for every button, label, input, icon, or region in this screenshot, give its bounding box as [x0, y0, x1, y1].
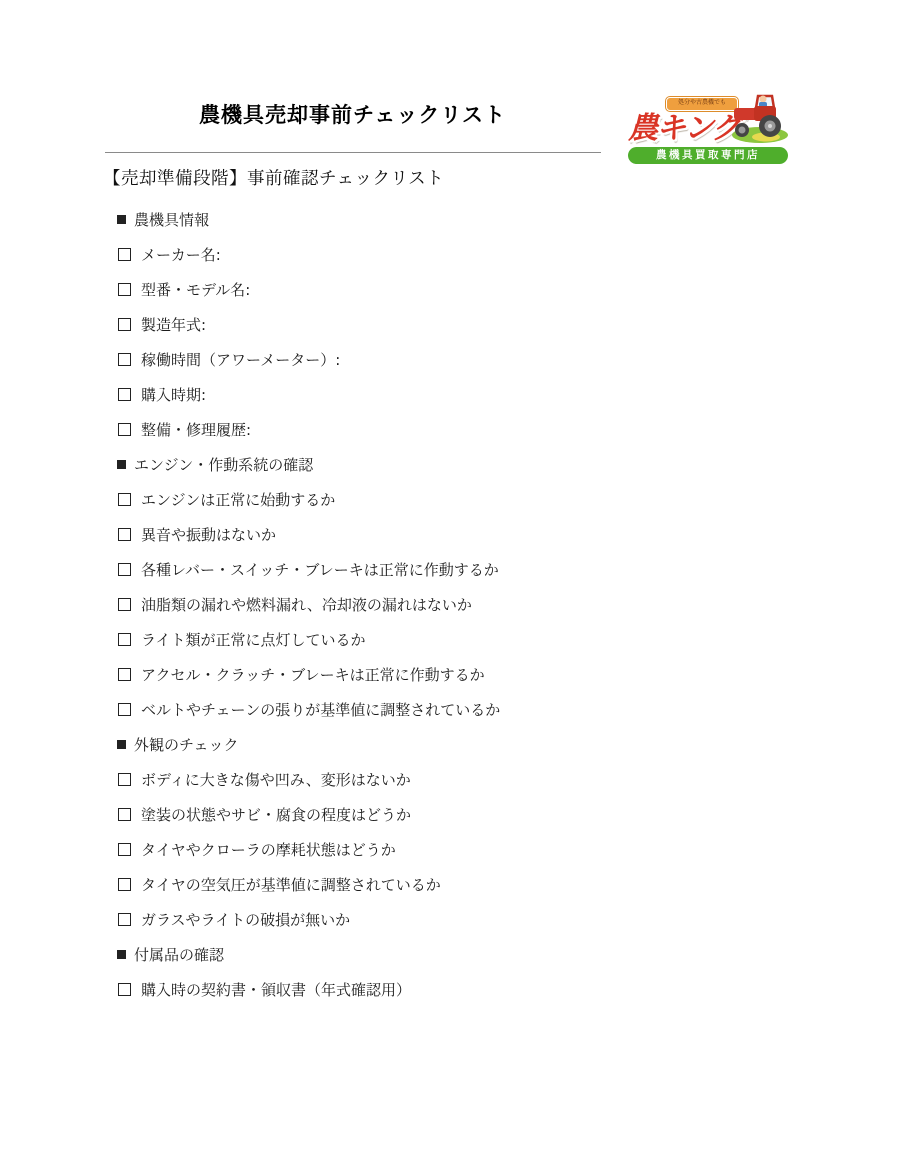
- logo-brand-text: 農キング: [628, 103, 739, 147]
- checklist-item-label: 各種レバー・スイッチ・ブレーキは正常に作動するか: [141, 559, 499, 580]
- checkbox-icon: [118, 528, 131, 541]
- checklist-item: 稼働時間（アワーメーター）:: [117, 352, 677, 367]
- checklist-item-label: ライト類が正常に点灯しているか: [141, 629, 366, 650]
- checklist-item: 型番・モデル名:: [117, 282, 677, 297]
- checkbox-icon: [118, 773, 131, 786]
- section-heading: 付属品の確認: [117, 947, 677, 962]
- checkbox-icon: [118, 388, 131, 401]
- checklist-item: ボディに大きな傷や凹み、変形はないか: [117, 772, 677, 787]
- checklist-section: 外観のチェックボディに大きな傷や凹み、変形はないか塗装の状態やサビ・腐食の程度は…: [117, 737, 677, 927]
- checklist-item-label: 稼働時間（アワーメーター）:: [141, 349, 340, 370]
- checklist-item-label: タイヤの空気圧が基準値に調整されているか: [141, 874, 441, 895]
- checklist-item-label: アクセル・クラッチ・ブレーキは正常に作動するか: [141, 664, 485, 685]
- checklist-item-label: ガラスやライトの破損が無いか: [141, 909, 350, 930]
- title-divider: [105, 152, 601, 153]
- checklist-item: メーカー名:: [117, 247, 677, 262]
- checkbox-icon: [118, 353, 131, 366]
- checklist-item-label: 油脂類の漏れや燃料漏れ、冷却液の漏れはないか: [141, 594, 472, 615]
- checkbox-icon: [118, 703, 131, 716]
- checklist-item: 油脂類の漏れや燃料漏れ、冷却液の漏れはないか: [117, 597, 677, 612]
- checkbox-icon: [118, 318, 131, 331]
- section-heading: 農機具情報: [117, 212, 677, 227]
- checklist-item: ガラスやライトの破損が無いか: [117, 912, 677, 927]
- checklist-item: 購入時の契約書・領収書（年式確認用）: [117, 982, 677, 997]
- checkbox-icon: [118, 983, 131, 996]
- checklist-item-label: 塗装の状態やサビ・腐食の程度はどうか: [141, 804, 411, 825]
- checklist-item: 各種レバー・スイッチ・ブレーキは正常に作動するか: [117, 562, 677, 577]
- section-bullet-icon: [117, 215, 126, 224]
- checklist-item: タイヤの空気圧が基準値に調整されているか: [117, 877, 677, 892]
- tractor-icon: [730, 90, 790, 148]
- checklist: 農機具情報メーカー名:型番・モデル名:製造年式:稼働時間（アワーメーター）:購入…: [117, 212, 677, 1017]
- checklist-section: 付属品の確認購入時の契約書・領収書（年式確認用）: [117, 947, 677, 997]
- checklist-item: ライト類が正常に点灯しているか: [117, 632, 677, 647]
- checklist-item: タイヤやクローラの摩耗状態はどうか: [117, 842, 677, 857]
- company-logo: 処分や古農機でも 農キング 農機具買取専門店: [628, 90, 790, 164]
- section-title: エンジン・作動系統の確認: [134, 454, 313, 475]
- checklist-item-label: 製造年式:: [141, 314, 206, 335]
- checklist-item-label: エンジンは正常に始動するか: [141, 489, 335, 510]
- checklist-item-label: ベルトやチェーンの張りが基準値に調整されているか: [141, 699, 500, 720]
- checklist-item-label: 型番・モデル名:: [141, 279, 250, 300]
- checkbox-icon: [118, 913, 131, 926]
- checklist-item: アクセル・クラッチ・ブレーキは正常に作動するか: [117, 667, 677, 682]
- checkbox-icon: [118, 493, 131, 506]
- checklist-item-label: 購入時期:: [141, 384, 206, 405]
- checkbox-icon: [118, 563, 131, 576]
- checklist-item-label: タイヤやクローラの摩耗状態はどうか: [141, 839, 396, 860]
- checklist-item-label: 異音や振動はないか: [141, 524, 276, 545]
- checkbox-icon: [118, 633, 131, 646]
- section-title: 付属品の確認: [134, 944, 224, 965]
- section-bullet-icon: [117, 740, 126, 749]
- checkbox-icon: [118, 668, 131, 681]
- checkbox-icon: [118, 878, 131, 891]
- checkbox-icon: [118, 808, 131, 821]
- logo-badge-text: 農機具買取専門店: [628, 147, 788, 164]
- checklist-item: 異音や振動はないか: [117, 527, 677, 542]
- checklist-item: 塗装の状態やサビ・腐食の程度はどうか: [117, 807, 677, 822]
- checklist-section: エンジン・作動系統の確認エンジンは正常に始動するか異音や振動はないか各種レバー・…: [117, 457, 677, 717]
- section-heading: 外観のチェック: [117, 737, 677, 752]
- section-bullet-icon: [117, 460, 126, 469]
- document-page: 農機具売却事前チェックリスト 処分や古農機でも 農キング 農機具買取専門店: [0, 0, 900, 1160]
- checkbox-icon: [118, 283, 131, 296]
- checklist-section: 農機具情報メーカー名:型番・モデル名:製造年式:稼働時間（アワーメーター）:購入…: [117, 212, 677, 437]
- section-main-heading: 【売却準備段階】事前確認チェックリスト: [103, 165, 444, 190]
- checklist-item-label: 購入時の契約書・領収書（年式確認用）: [141, 979, 411, 1000]
- section-title: 外観のチェック: [134, 734, 239, 755]
- section-heading: エンジン・作動系統の確認: [117, 457, 677, 472]
- checklist-item-label: メーカー名:: [141, 244, 221, 265]
- checklist-item-label: 整備・修理履歴:: [141, 419, 251, 440]
- checkbox-icon: [118, 598, 131, 611]
- section-bullet-icon: [117, 950, 126, 959]
- checklist-item: エンジンは正常に始動するか: [117, 492, 677, 507]
- checkbox-icon: [118, 423, 131, 436]
- checklist-item: 整備・修理履歴:: [117, 422, 677, 437]
- checklist-item: 製造年式:: [117, 317, 677, 332]
- checkbox-icon: [118, 843, 131, 856]
- checklist-item: 購入時期:: [117, 387, 677, 402]
- section-title: 農機具情報: [134, 209, 209, 230]
- checklist-item-label: ボディに大きな傷や凹み、変形はないか: [141, 769, 411, 790]
- checklist-item: ベルトやチェーンの張りが基準値に調整されているか: [117, 702, 677, 717]
- page-title: 農機具売却事前チェックリスト: [105, 99, 600, 129]
- checkbox-icon: [118, 248, 131, 261]
